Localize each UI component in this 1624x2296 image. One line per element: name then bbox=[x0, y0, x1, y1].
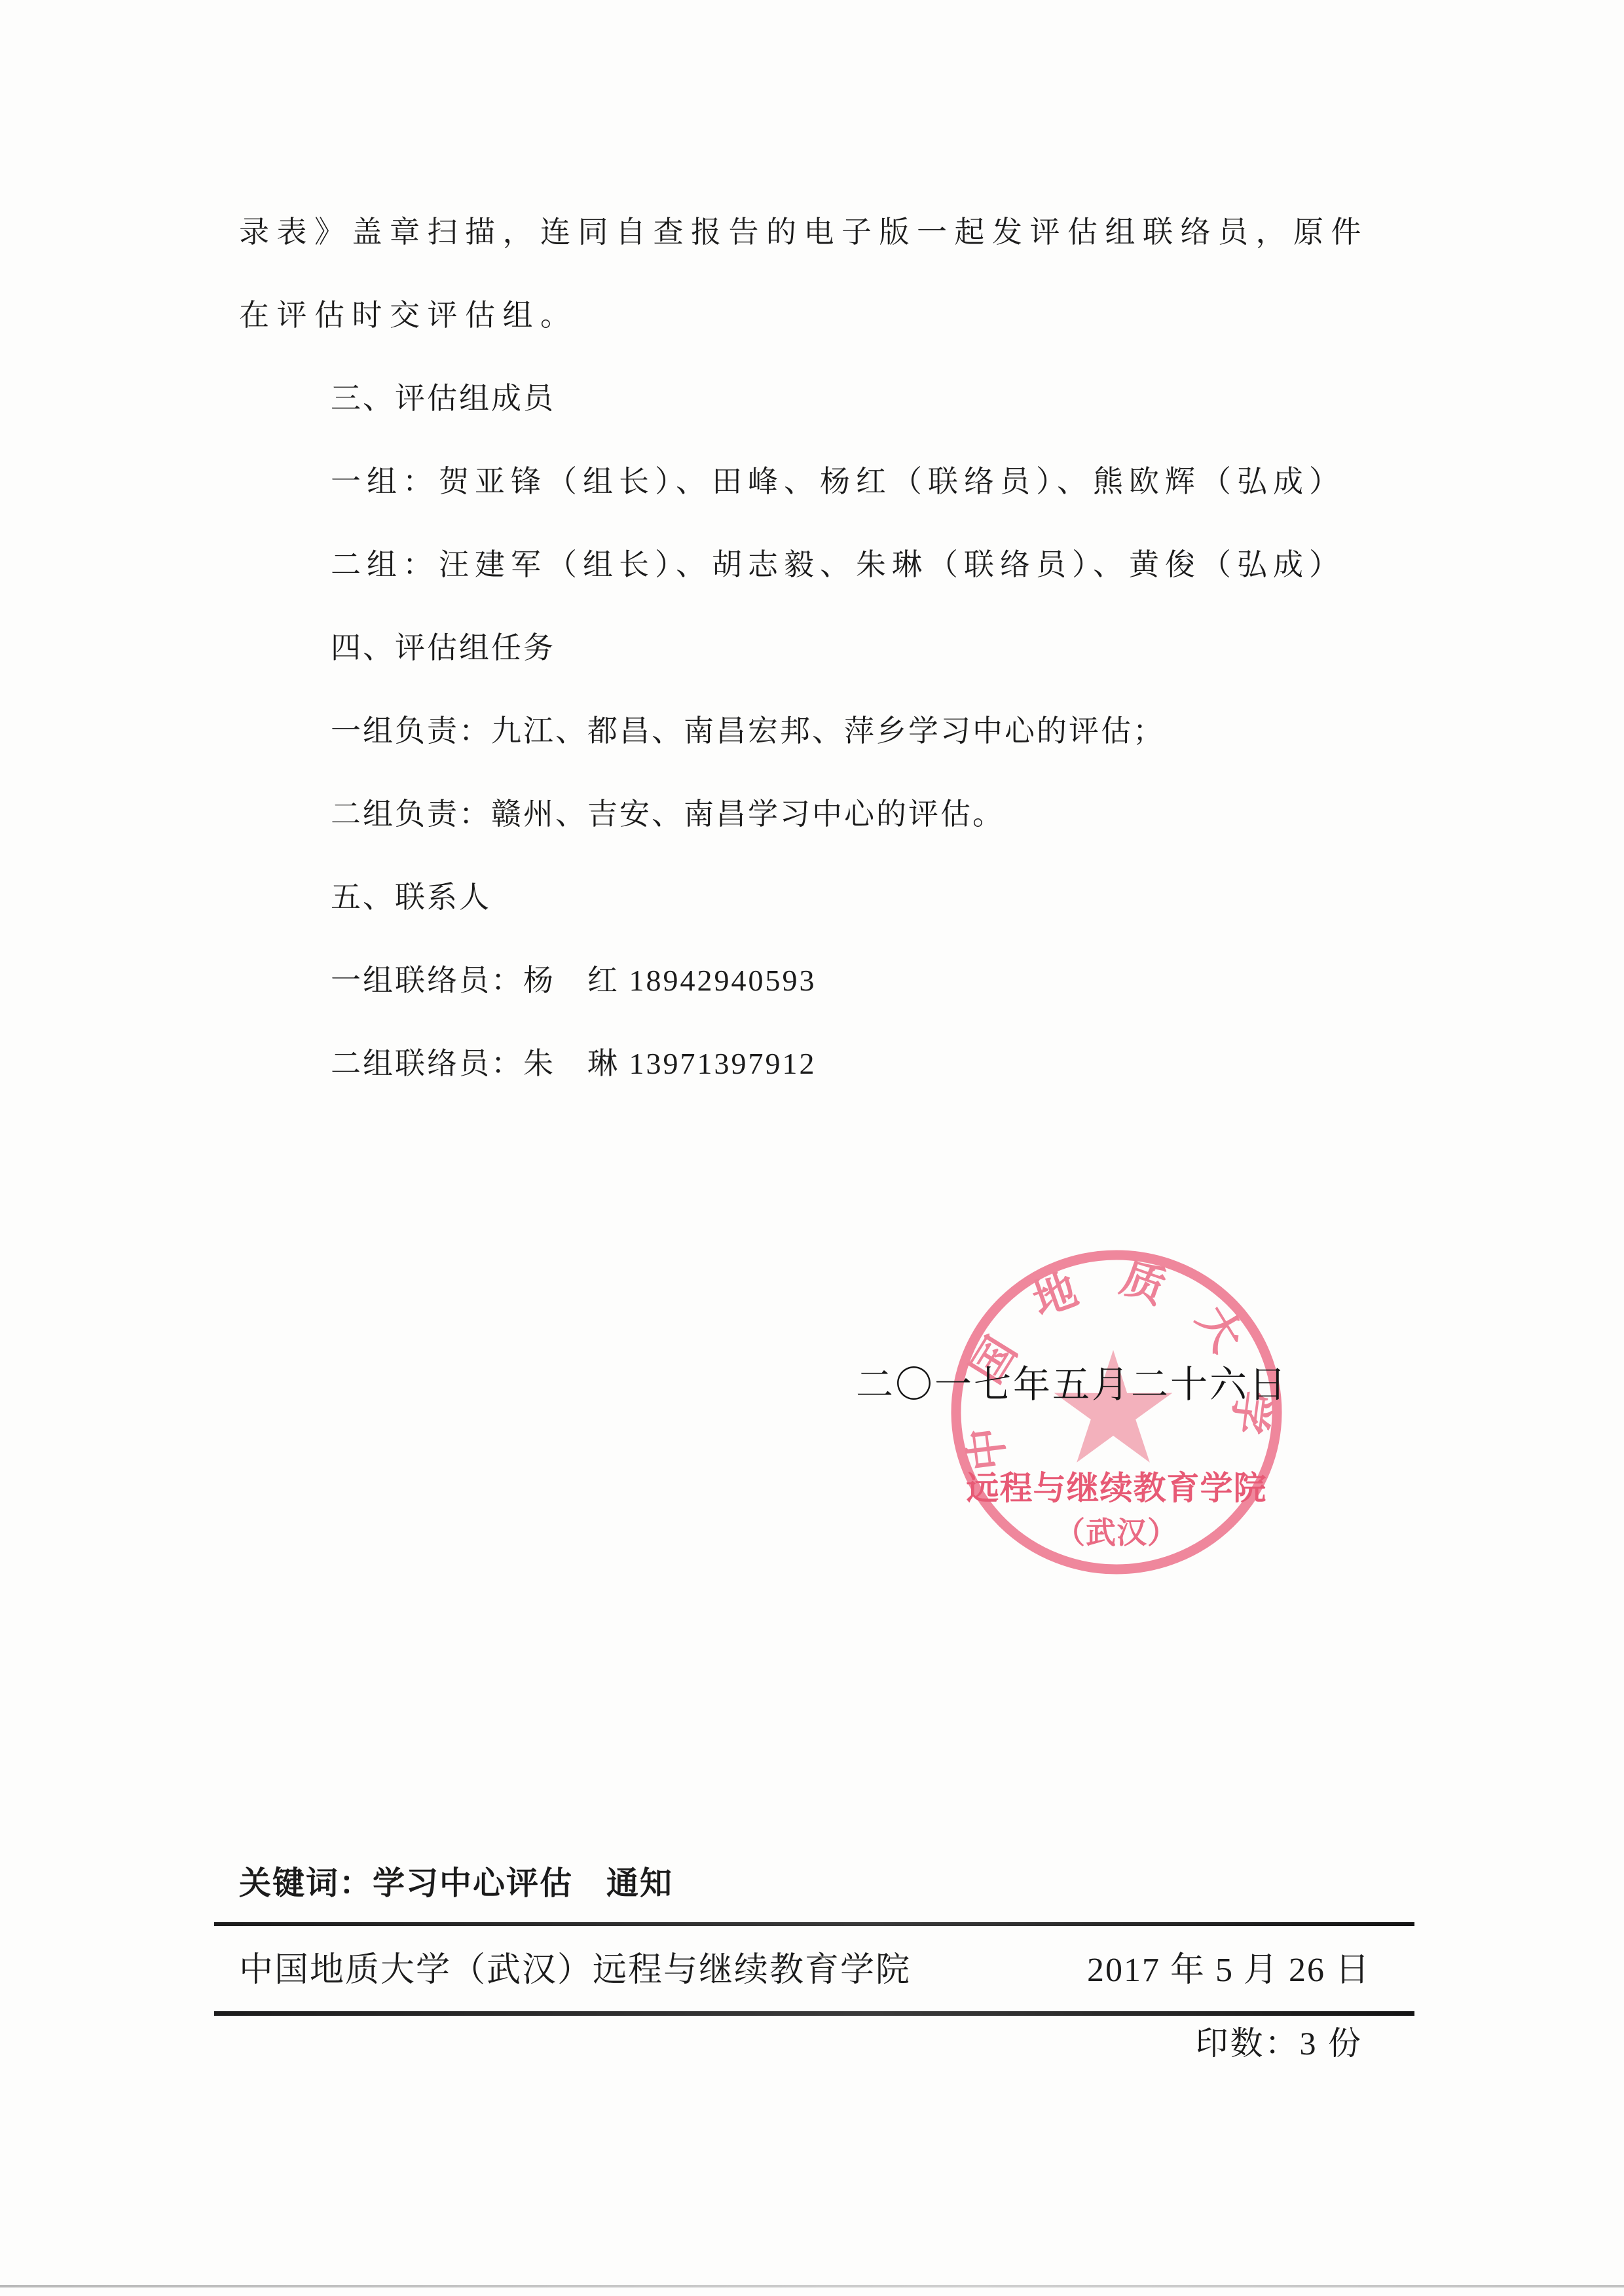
footer-issuer: 中国地质大学（武汉）远程与继续教育学院 bbox=[239, 1951, 911, 1990]
body-line-contact2: 二组联络员：朱 琳 13971397912 bbox=[239, 1022, 1378, 1105]
seal-inner-line1: 远程与继续教育学院 bbox=[967, 1470, 1267, 1506]
section-heading-tasks: 四、评估组任务 bbox=[239, 606, 1378, 689]
document-body: 录表》盖章扫描，连同自查报告的电子版一起发评估组联络员，原件 在评估时交评估组。… bbox=[239, 191, 1378, 1105]
footer-issuer-row: 中国地质大学（武汉）远程与继续教育学院 2017 年 5 月 26 日 bbox=[239, 1951, 1371, 1990]
body-line: 录表》盖章扫描，连同自查报告的电子版一起发评估组联络员，原件 bbox=[239, 191, 1378, 274]
section-heading-members: 三、评估组成员 bbox=[239, 357, 1378, 440]
seal-inner-line2: （武汉） bbox=[1055, 1516, 1178, 1550]
official-seal-stamp: 中国地质大学 远程与继续教育学院 （武汉） bbox=[943, 1245, 1290, 1580]
section-heading-contacts: 五、联系人 bbox=[239, 856, 1378, 939]
footer-divider-bottom bbox=[214, 2011, 1414, 2016]
scanned-document-page: 录表》盖章扫描，连同自查报告的电子版一起发评估组联络员，原件 在评估时交评估组。… bbox=[0, 0, 1624, 2296]
footer-keywords: 关键词：学习中心评估 通知 bbox=[239, 1865, 673, 1903]
body-line: 在评估时交评估组。 bbox=[239, 274, 1378, 357]
body-line-group2-members: 二组：汪建军（组长）、胡志毅、朱琳（联络员）、黄俊（弘成） bbox=[239, 523, 1378, 606]
body-line-group1-tasks: 一组负责：九江、都昌、南昌宏邦、萍乡学习中心的评估； bbox=[239, 689, 1378, 773]
body-line-group1-members: 一组：贺亚锋（组长）、田峰、杨红（联络员）、熊欧辉（弘成） bbox=[239, 440, 1378, 523]
body-line-group2-tasks: 二组负责：赣州、吉安、南昌学习中心的评估。 bbox=[239, 773, 1378, 856]
scan-edge-artifact bbox=[0, 2285, 1624, 2287]
footer-issue-date: 2017 年 5 月 26 日 bbox=[1087, 1951, 1371, 1990]
footer-print-count: 印数：3 份 bbox=[239, 2024, 1363, 2062]
body-line-contact1: 一组联络员：杨 红 18942940593 bbox=[239, 939, 1378, 1022]
footer-divider-top bbox=[214, 1922, 1414, 1926]
signature-date: 二〇一七年五月二十六日 bbox=[856, 1360, 1288, 1410]
